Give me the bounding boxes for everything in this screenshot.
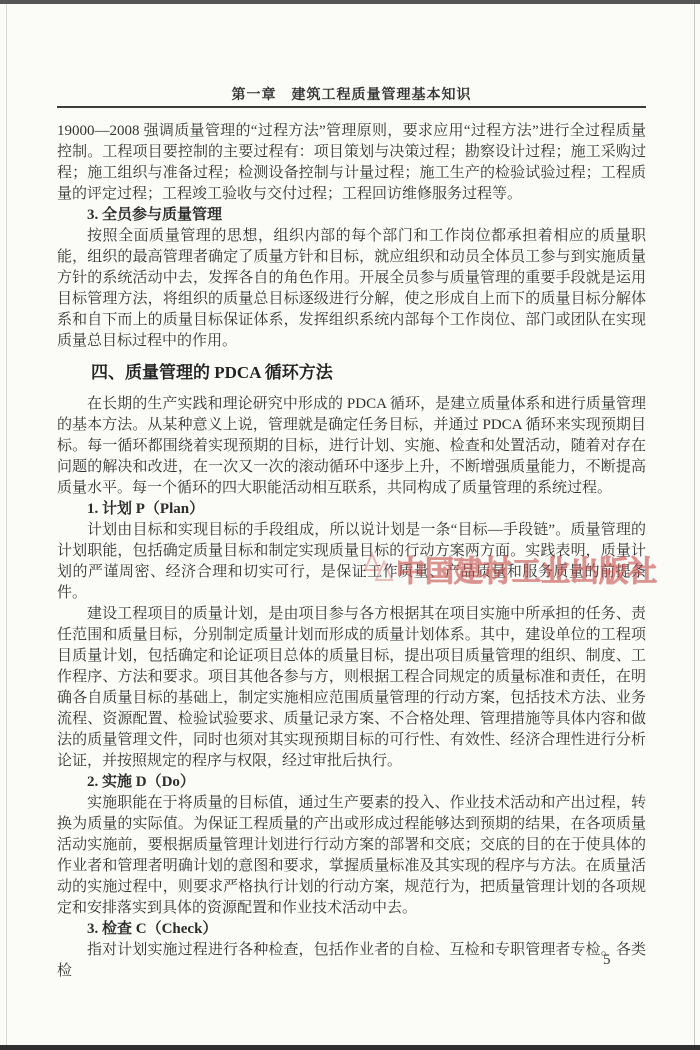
book-page: 第一章 建筑工程质量管理基本知识 中国建材工业出版社 19000—2008 强调… [0, 0, 700, 1050]
paragraph-do-definition: 实施职能在于将质量的目标值，通过生产要素的投入、作业技术活动和产出过程，转换为质… [57, 793, 646, 919]
paragraph-total-participation: 按照全面质量管理的思想，组织内部的每个部门和工作岗位都承担着相应的质量职能，组织… [57, 226, 646, 352]
paragraph-plan-definition: 计划由目标和实现目标的手段组成，所以说计划是一条“目标—手段链”。质量管理的计划… [57, 520, 646, 604]
header-rule [57, 106, 646, 108]
scan-edge-right [694, 4, 695, 1045]
scan-edge-left [6, 4, 7, 1045]
subheading-total-participation: 3. 全员参与质量管理 [57, 205, 646, 226]
subheading-do: 2. 实施 D（Do） [57, 772, 646, 793]
paragraph-project-quality-plan: 建设工程项目的质量计划，是由项目参与各方根据其在项目实施中所承担的任务、责任范围… [57, 604, 646, 772]
section-heading-pdca: 四、质量管理的 PDCA 循环方法 [57, 361, 646, 384]
paragraph-check-definition: 指对计划实施过程进行各种检查，包括作业者的自检、互检和专职管理者专检。各类检 [57, 940, 646, 982]
paragraph-process-control: 19000—2008 强调质量管理的“过程方法”管理原则，要求应用“过程方法”进… [57, 121, 646, 205]
subheading-plan: 1. 计划 P（Plan） [57, 499, 646, 520]
subheading-check: 3. 检查 C（Check） [57, 919, 646, 940]
paragraph-pdca-intro: 在长期的生产实践和理论研究中形成的 PDCA 循环，是建立质量体系和进行质量管理… [57, 394, 646, 499]
scan-edge-top [0, 0, 700, 4]
scan-edge-bottom [0, 1045, 700, 1050]
page-body: 19000—2008 强调质量管理的“过程方法”管理原则，要求应用“过程方法”进… [57, 121, 646, 982]
running-head-chapter-title: 第一章 建筑工程质量管理基本知识 [57, 84, 646, 104]
